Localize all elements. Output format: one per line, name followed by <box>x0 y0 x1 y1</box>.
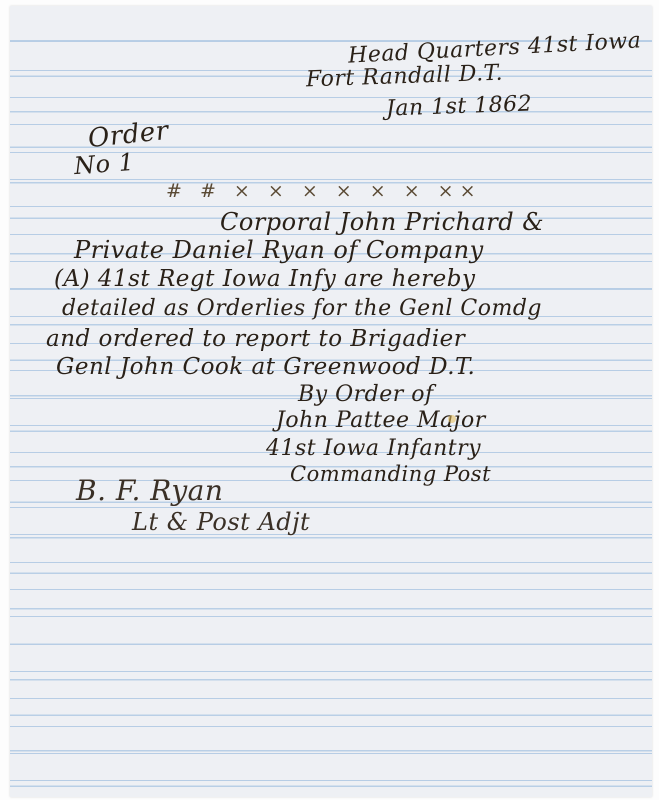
signature-name: B. F. Ryan <box>76 474 223 507</box>
signature-title: Lt & Post Adjt <box>132 508 310 536</box>
rule-line <box>10 780 652 781</box>
body-line-5: and ordered to report to Brigadier <box>46 326 465 352</box>
rule-line <box>10 726 652 727</box>
rule-line <box>10 97 652 98</box>
rule-line <box>10 671 652 672</box>
separator-marks: # # × × × × × × ×× <box>166 180 482 202</box>
rule-line <box>10 644 652 645</box>
rule-line <box>10 616 652 617</box>
body-line-1: Corporal John Prichard & <box>220 208 544 236</box>
rule-line <box>10 698 652 699</box>
body-line-2: Private Daniel Ryan of Company <box>74 236 484 264</box>
authority-unit: 41st Iowa Infantry <box>266 436 481 461</box>
rule-line <box>10 534 652 535</box>
rule-line <box>10 562 652 563</box>
order-number: No 1 <box>73 148 135 180</box>
heading-date: Jan 1st 1862 <box>386 91 533 121</box>
rule-line <box>10 507 652 508</box>
rule-line <box>10 753 652 754</box>
body-line-6: Genl John Cook at Greenwood D.T. <box>56 354 475 380</box>
body-line-4: detailed as Orderlies for the Genl Comdg <box>62 296 542 321</box>
body-line-3: (A) 41st Regt Iowa Infy are hereby <box>54 266 475 292</box>
authority-by-order: By Order of <box>298 382 434 407</box>
authority-post: Commanding Post <box>290 462 491 486</box>
ink-stain <box>448 415 456 423</box>
rule-line <box>10 589 652 590</box>
